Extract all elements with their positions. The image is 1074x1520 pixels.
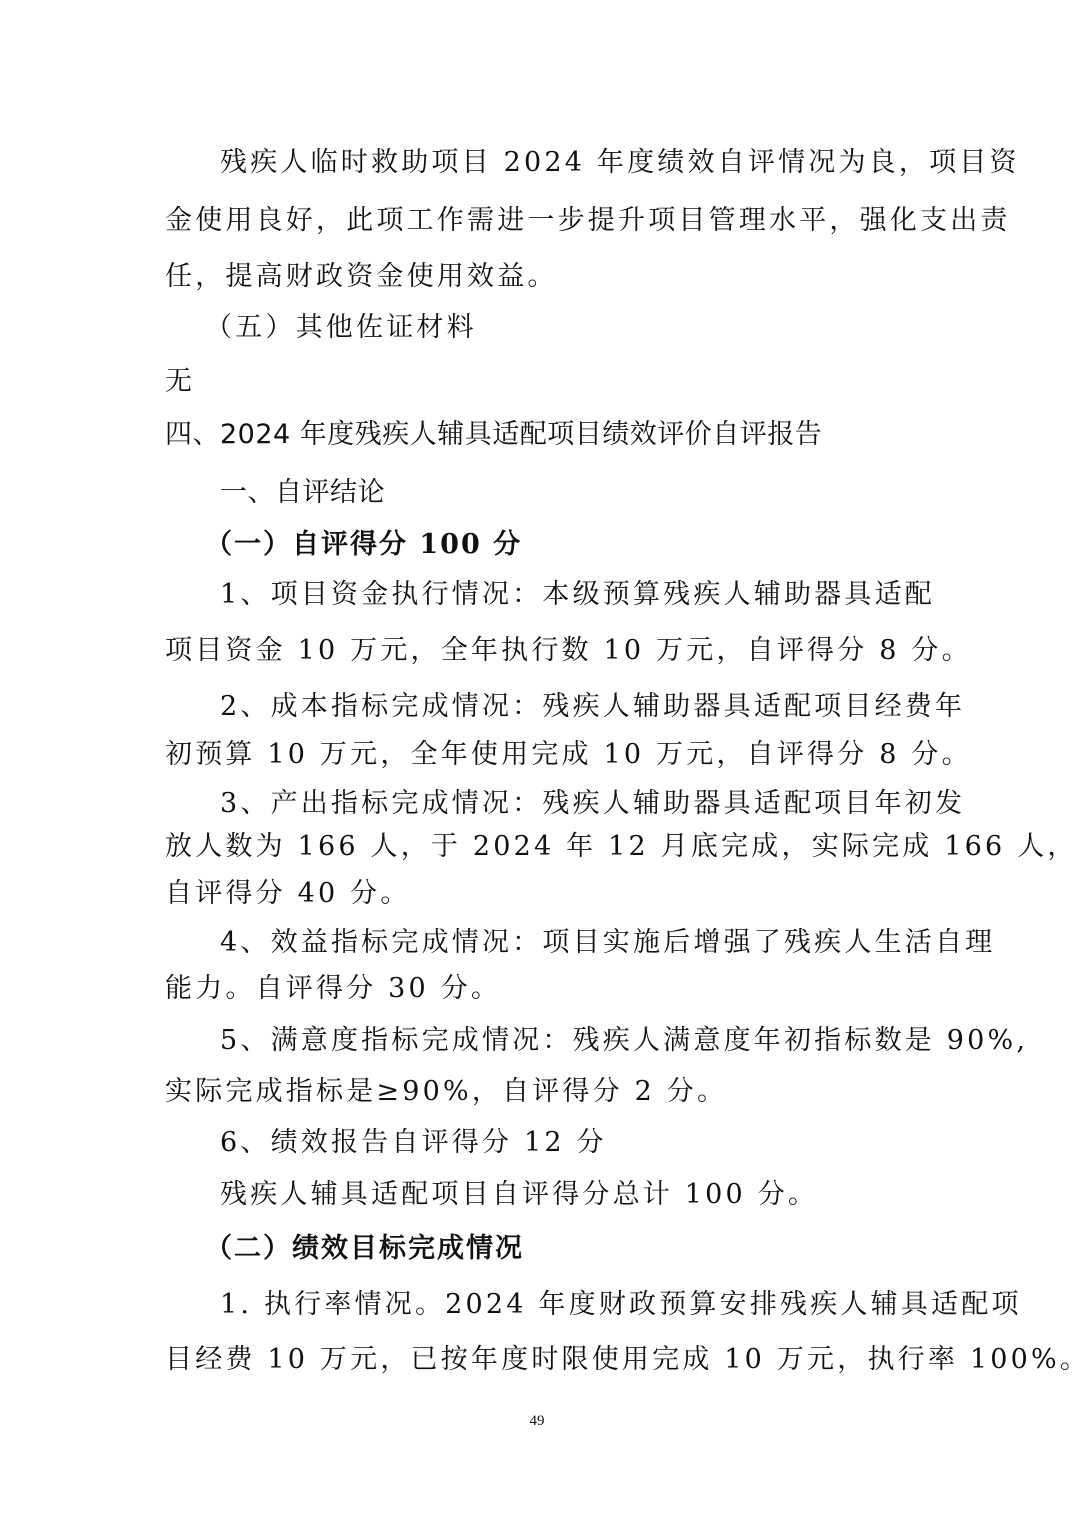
item-3-line-2: 放人数为 166 人，于 2024 年 12 月底完成，实际完成 166 人， [165,830,1074,864]
item-5-line-2: 实际完成指标是≥90%，自评得分 2 分。 [165,1075,727,1109]
total-score: 残疾人辅具适配项目自评得分总计 100 分。 [220,1178,818,1212]
item-3-line-3: 自评得分 40 分。 [165,877,411,911]
section-heading-other-materials: （五）其他佐证材料 [205,311,477,345]
item-6: 6、绩效报告自评得分 12 分 [220,1126,607,1160]
item-2-line-1: 2、成本指标完成情况：残疾人辅助器具适配项目经费年 [220,690,965,724]
item-5-line-1: 5、满意度指标完成情况：残疾人满意度年初指标数是 90%, [220,1024,1028,1058]
report-title: 四、2024 年度残疾人辅具适配项目绩效评价自评报告 [165,418,822,452]
subsection-heading-score: （一）自评得分 100 分 [205,528,522,562]
item-3-line-1: 3、产出指标完成情况：残疾人辅助器具适配项目年初发 [220,787,965,821]
document-page: 残疾人临时救助项目 2024 年度绩效自评情况为良，项目资 金使用良好，此项工作… [0,0,1074,1520]
other-materials-value: 无 [165,365,195,399]
paragraph-summary-line-2: 金使用良好，此项工作需进一步提升项目管理水平，强化支出责 [165,204,1011,238]
execution-rate-line-1: 1. 执行率情况。2024 年度财政预算安排残疾人辅具适配项 [220,1288,1022,1322]
item-4-line-1: 4、效益指标完成情况：项目实施后增强了残疾人生活自理 [220,926,995,960]
execution-rate-line-2: 目经费 10 万元，已按年度时限使用完成 10 万元，执行率 100%。 [165,1343,1074,1377]
subsection-heading-goals: （二）绩效目标完成情况 [205,1232,524,1266]
section-heading-conclusion: 一、自评结论 [220,476,385,510]
paragraph-summary-line-1: 残疾人临时救助项目 2024 年度绩效自评情况为良，项目资 [220,146,1020,180]
item-4-line-2: 能力。自评得分 30 分。 [165,972,501,1006]
item-1-line-2: 项目资金 10 万元，全年执行数 10 万元，自评得分 8 分。 [165,634,972,668]
paragraph-summary-line-3: 任，提高财政资金使用效益。 [165,260,558,294]
item-2-line-2: 初预算 10 万元，全年使用完成 10 万元，自评得分 8 分。 [165,738,972,772]
item-1-line-1: 1、项目资金执行情况：本级预算残疾人辅助器具适配 [220,578,935,612]
page-number: 49 [0,1413,1074,1430]
